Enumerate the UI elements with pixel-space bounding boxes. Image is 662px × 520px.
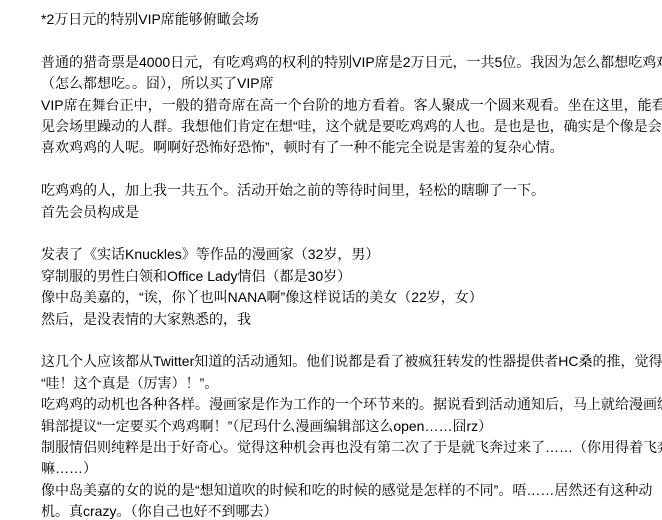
text-line: 首先会员构成是: [41, 202, 654, 223]
text-line: 发表了《实话Knuckles》等作品的漫画家（32岁，男）: [41, 244, 654, 265]
text-line: 这几个人应该都从Twitter知道的活动通知。他们说都是看了被疯狂转发的性器提供…: [41, 351, 654, 372]
text-line: 机。真crazy。（你自己也好不到哪去）: [41, 501, 654, 520]
paragraph-waiting: 吃鸡鸡的人，加上我一共五个。活动开始之前的等待时间里，轻松的瞎聊了一下。 首先会…: [41, 180, 654, 223]
text-line: （怎么都想吃。。囧），所以买了VIP席: [41, 73, 654, 94]
text-line: 普通的猎奇票是4000日元，有吃鸡鸡的权利的特别VIP席是2万日元，一共5位。我…: [41, 52, 654, 73]
paragraph-vip-ticket: 普通的猎奇票是4000日元，有吃鸡鸡的权利的特别VIP席是2万日元，一共5位。我…: [41, 52, 654, 159]
text-line: 像中岛美嘉的女的说的是“想知道吹的时候和吃的时候的感觉是怎样的不同”。唔……居然…: [41, 480, 654, 501]
paragraph-motivations: 这几个人应该都从Twitter知道的活动通知。他们说都是看了被疯狂转发的性器提供…: [41, 351, 654, 520]
text-line: “哇！这个真是（厉害）！”。: [41, 373, 654, 394]
document-page: *2万日元的特别VIP席能够俯瞰会场 普通的猎奇票是4000日元，有吃鸡鸡的权利…: [0, 0, 662, 520]
text-line: 吃鸡鸡的人，加上我一共五个。活动开始之前的等待时间里，轻松的瞎聊了一下。: [41, 180, 654, 201]
text-line: 喜欢鸡鸡的人呢。啊啊好恐怖好恐怖”，顿时有了一种不能完全说是害羞的复杂心情。: [41, 137, 654, 158]
text-line: 像中岛美嘉的，“诶，你丫也叫NANA啊”像这样说话的美女（22岁，女）: [41, 287, 654, 308]
text-line: 嘛……）: [41, 458, 654, 479]
paragraph-title: *2万日元的特别VIP席能够俯瞰会场: [41, 9, 654, 30]
text-line: 制服情侣则纯粹是出于好奇心。觉得这种机会再也没有第二次了于是就飞奔过来了……（你…: [41, 437, 654, 458]
paragraph-members: 发表了《实话Knuckles》等作品的漫画家（32岁，男） 穿制服的男性白领和O…: [41, 244, 654, 330]
text-line: 然后，是没表情的大家熟悉的，我: [41, 309, 654, 330]
title-line: *2万日元的特别VIP席能够俯瞰会场: [41, 9, 654, 30]
text-line: VIP席在舞台正中，一般的猎奇席在高一个台阶的地方看着。客人聚成一个圆来观看。坐…: [41, 95, 654, 116]
text-line: 见会场里躁动的人群。我想他们肯定在想“哇，这个就是要吃鸡鸡的人也。是也是也，确实…: [41, 116, 654, 137]
text-line: 穿制服的男性白领和Office Lady情侣（都是30岁）: [41, 266, 654, 287]
text-line: 吃鸡鸡的动机也各种各样。漫画家是作为工作的一个环节来的。据说看到活动通知后，马上…: [41, 394, 654, 415]
text-line: 辑部提议“一定要买个鸡鸡啊！”（尼玛什么漫画编辑部这么open……囧rz）: [41, 416, 654, 437]
